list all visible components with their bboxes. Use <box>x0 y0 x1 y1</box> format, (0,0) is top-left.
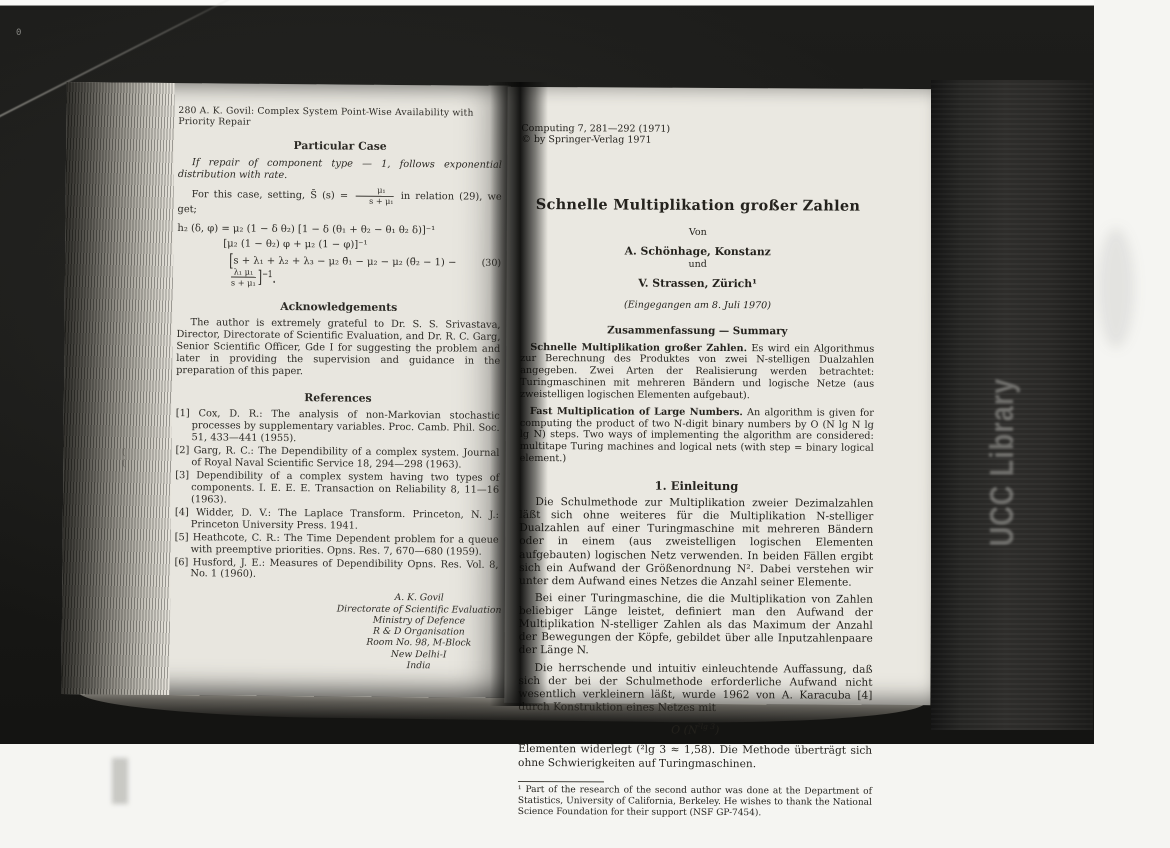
running-header: 280 A. K. Govil: Complex System Point-Wi… <box>178 105 502 130</box>
reference-item: [1] Cox, D. R.: The analysis of non-Mark… <box>176 408 500 447</box>
reference-list: [1] Cox, D. R.: The analysis of non-Mark… <box>174 408 499 583</box>
reference-item: [4] Widder, D. V.: The Laplace Transform… <box>175 507 499 534</box>
footnote-rule <box>518 781 604 782</box>
intro-paragraph-4: Elementen widerlegt (²lg 3 ≈ 1,58). Die … <box>518 743 872 771</box>
author-schoenhage: A. Schönhage, Konstanz <box>521 243 875 258</box>
corner-mark: 0 <box>16 28 21 38</box>
open-bracket: [ <box>229 250 233 271</box>
left-page-content: 280 A. K. Govil: Complex System Point-Wi… <box>174 105 503 672</box>
right-page: Computing 7, 281—292 (1971) © by Springe… <box>504 87 933 705</box>
acknowledgements-text: The author is extremely grateful to Dr. … <box>176 317 501 380</box>
reference-item: [2] Garg, R. C.: The Dependibility of a … <box>175 445 499 472</box>
section-title-particular-case: Particular Case <box>178 138 502 154</box>
reference-item: [5] Heathcote, C. R.: The Time Dependent… <box>175 532 499 559</box>
display-equation-base: O (N <box>671 724 698 737</box>
equation-30: h₂ (δ, φ) = μ₂ (1 − δ θ₂) [1 − δ (θ₁ + θ… <box>177 223 502 289</box>
abstract-german: Schnelle Multiplikation großer Zahlen. E… <box>520 342 874 403</box>
top-white-edge <box>0 0 1094 6</box>
display-equation: O (N²lg 3) <box>518 721 872 738</box>
equation-line-3: [s + λ₁ + λ₂ + λ₃ − μ₂ θ̄₁ − μ₂ − μ₂ (θ̄… <box>229 254 475 289</box>
summary-title: Zusammenfassung — Summary <box>520 324 874 339</box>
address-line: Directorate of Scientific Evaluation <box>324 603 514 616</box>
abstract-english: Fast Multiplication of Large Numbers. An… <box>520 406 874 467</box>
equation-line-1: h₂ (δ, φ) = μ₂ (1 − δ θ₂) [1 − δ (θ₁ + θ… <box>177 223 475 238</box>
right-margin-smudge <box>1098 228 1134 348</box>
setting-pre: For this case, setting, S̄ (s) = <box>192 190 348 202</box>
received-date-line: (Eingegangen am 8. Juli 1970) <box>520 299 874 313</box>
byline-von: Von <box>521 226 875 240</box>
intro-paragraph-3: Die herrschende und intuitiv einleuchten… <box>518 662 872 716</box>
byline-und: und <box>521 258 875 272</box>
copyright-line: © by Springer-Verlag 1971 <box>521 134 875 147</box>
fraction-denominator: s + μ₁ <box>231 277 256 287</box>
right-page-content: Computing 7, 281—292 (1971) © by Springe… <box>518 123 876 820</box>
inline-fraction: μ₁s + μ₁ <box>353 187 396 206</box>
paper-title: Schnelle Multiplikation großer Zahlen <box>521 196 875 216</box>
close-bracket: ]⁻¹. <box>258 267 276 288</box>
acknowledgements-title: Acknowledgements <box>177 299 501 315</box>
fraction-denominator: s + μ₁ <box>355 197 393 207</box>
equation-line-2: [μ₂ (1 − θ₂) φ + μ₂ (1 − φ)]⁻¹ <box>223 239 475 253</box>
fraction-numerator: μ₁ <box>355 187 393 197</box>
left-page-edge-fan <box>61 82 174 695</box>
abstract-english-lead: Fast Multiplication of Large Numbers. <box>530 406 743 418</box>
fraction-numerator: λ₁ μ₁ <box>231 268 256 278</box>
bottom-margin-smudge <box>112 758 128 804</box>
reference-item: [6] Husford, J. E.: Measures of Dependib… <box>174 557 498 584</box>
display-equation-close: ) <box>715 724 719 737</box>
reference-item: [3] Dependibility of a complex system ha… <box>175 470 499 509</box>
intro-paragraph-2: Bei einer Turingmaschine, die die Multip… <box>519 592 873 659</box>
italic-lead-paragraph: If repair of component type — 1, follows… <box>178 157 502 184</box>
display-equation-exponent: ²lg 3 <box>698 722 715 731</box>
footnote-text: ¹ Part of the research of the second aut… <box>518 785 872 821</box>
section-1-title: 1. Einleitung <box>519 478 873 494</box>
library-stamp: UCC Library <box>983 367 1033 557</box>
equation-number: (30) <box>482 258 502 270</box>
abstract-german-lead: Schnelle Multiplikation großer Zahlen. <box>530 342 747 354</box>
margin-scribble-marks: ( ( <box>122 448 132 470</box>
address-line: India <box>324 659 514 672</box>
author-address-block: A. K. Govil Directorate of Scientific Ev… <box>324 592 515 672</box>
left-page: 280 A. K. Govil: Complex System Point-Wi… <box>61 82 510 698</box>
references-title: References <box>176 390 500 406</box>
intro-paragraph-1: Die Schulmethode zur Multiplikation zwei… <box>519 496 873 590</box>
setting-line: For this case, setting, S̄ (s) = μ₁s + μ… <box>178 186 502 220</box>
author-strassen: V. Strassen, Zürich¹ <box>521 276 875 291</box>
